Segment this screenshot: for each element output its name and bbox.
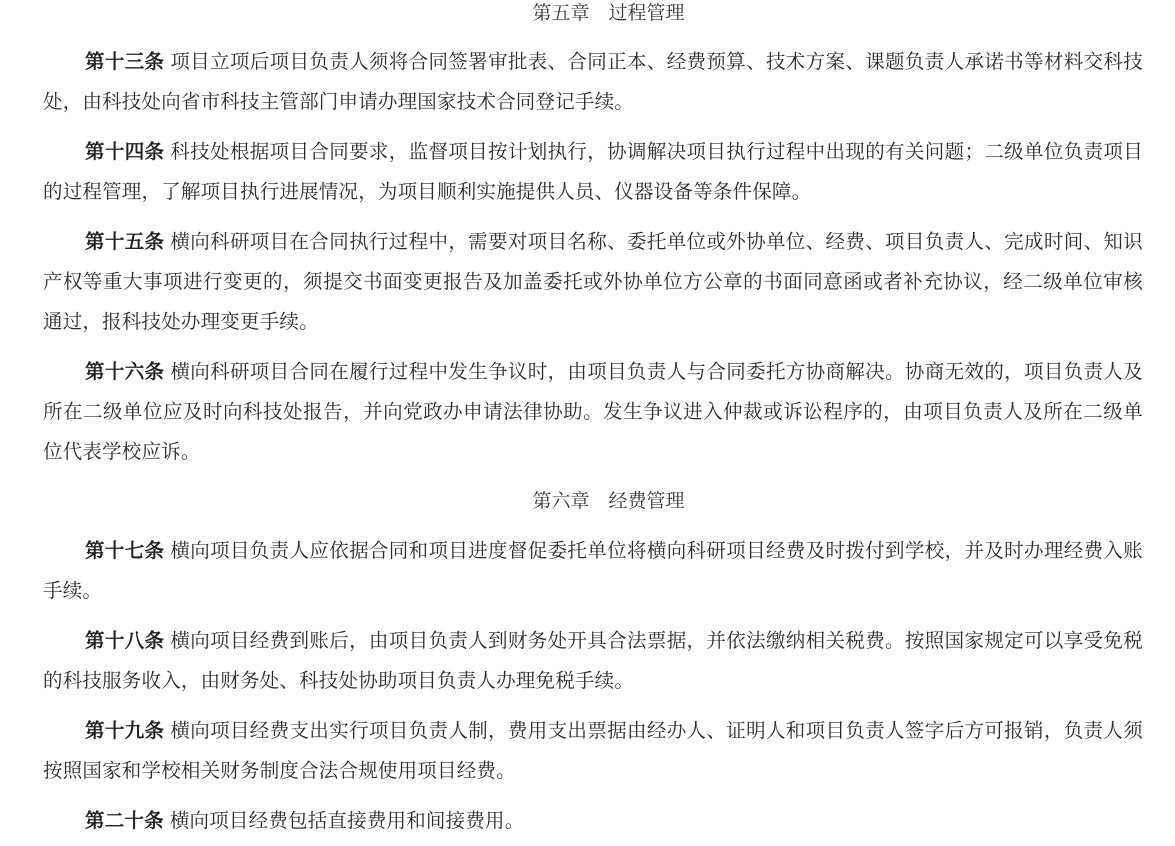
- article-text: 横向科研项目合同在履行过程中发生争议时，由项目负责人与合同委托方协商解决。协商无…: [43, 360, 1143, 463]
- article-label: 第十七条: [85, 539, 164, 562]
- article-text: 项目立项后项目负责人须将合同签署审批表、合同正本、经费预算、技术方案、课题负责人…: [43, 50, 1143, 113]
- article-label: 第十八条: [85, 629, 164, 652]
- chapter-5-heading: 第五章 过程管理: [0, 0, 1175, 26]
- article-text: 横向项目经费支出实行项目负责人制，费用支出票据由经办人、证明人和项目负责人签字后…: [43, 719, 1143, 782]
- article-label: 第十四条: [85, 140, 164, 163]
- article-15: 第十五条横向科研项目在合同执行过程中，需要对项目名称、委托单位或外协单位、经费、…: [43, 222, 1143, 342]
- article-label: 第二十条: [85, 809, 164, 832]
- article-18: 第十八条横向项目经费到账后，由项目负责人到财务处开具合法票据，并依法缴纳相关税费…: [43, 621, 1143, 701]
- article-20: 第二十条横向项目经费包括直接费用和间接费用。: [43, 801, 1143, 841]
- chapter-6-heading: 第六章 经费管理: [0, 488, 1175, 514]
- article-label: 第十五条: [85, 230, 164, 253]
- article-label: 第十六条: [85, 360, 164, 383]
- article-text: 横向项目负责人应依据合同和项目进度督促委托单位将横向科研项目经费及时拨付到学校，…: [43, 539, 1143, 602]
- article-16: 第十六条横向科研项目合同在履行过程中发生争议时，由项目负责人与合同委托方协商解决…: [43, 352, 1143, 472]
- article-text: 横向科研项目在合同执行过程中，需要对项目名称、委托单位或外协单位、经费、项目负责…: [43, 230, 1143, 333]
- article-19: 第十九条横向项目经费支出实行项目负责人制，费用支出票据由经办人、证明人和项目负责…: [43, 711, 1143, 791]
- article-label: 第十九条: [85, 719, 164, 742]
- article-label: 第十三条: [85, 50, 164, 73]
- article-17: 第十七条横向项目负责人应依据合同和项目进度督促委托单位将横向科研项目经费及时拨付…: [43, 531, 1143, 611]
- article-14: 第十四条科技处根据项目合同要求，监督项目按计划执行，协调解决项目执行过程中出现的…: [43, 132, 1143, 212]
- article-text: 横向项目经费到账后，由项目负责人到财务处开具合法票据，并依法缴纳相关税费。按照国…: [43, 629, 1143, 692]
- article-text: 横向项目经费包括直接费用和间接费用。: [170, 809, 525, 832]
- article-13: 第十三条项目立项后项目负责人须将合同签署审批表、合同正本、经费预算、技术方案、课…: [43, 42, 1143, 122]
- article-text: 科技处根据项目合同要求，监督项目按计划执行，协调解决项目执行过程中出现的有关问题…: [43, 140, 1143, 203]
